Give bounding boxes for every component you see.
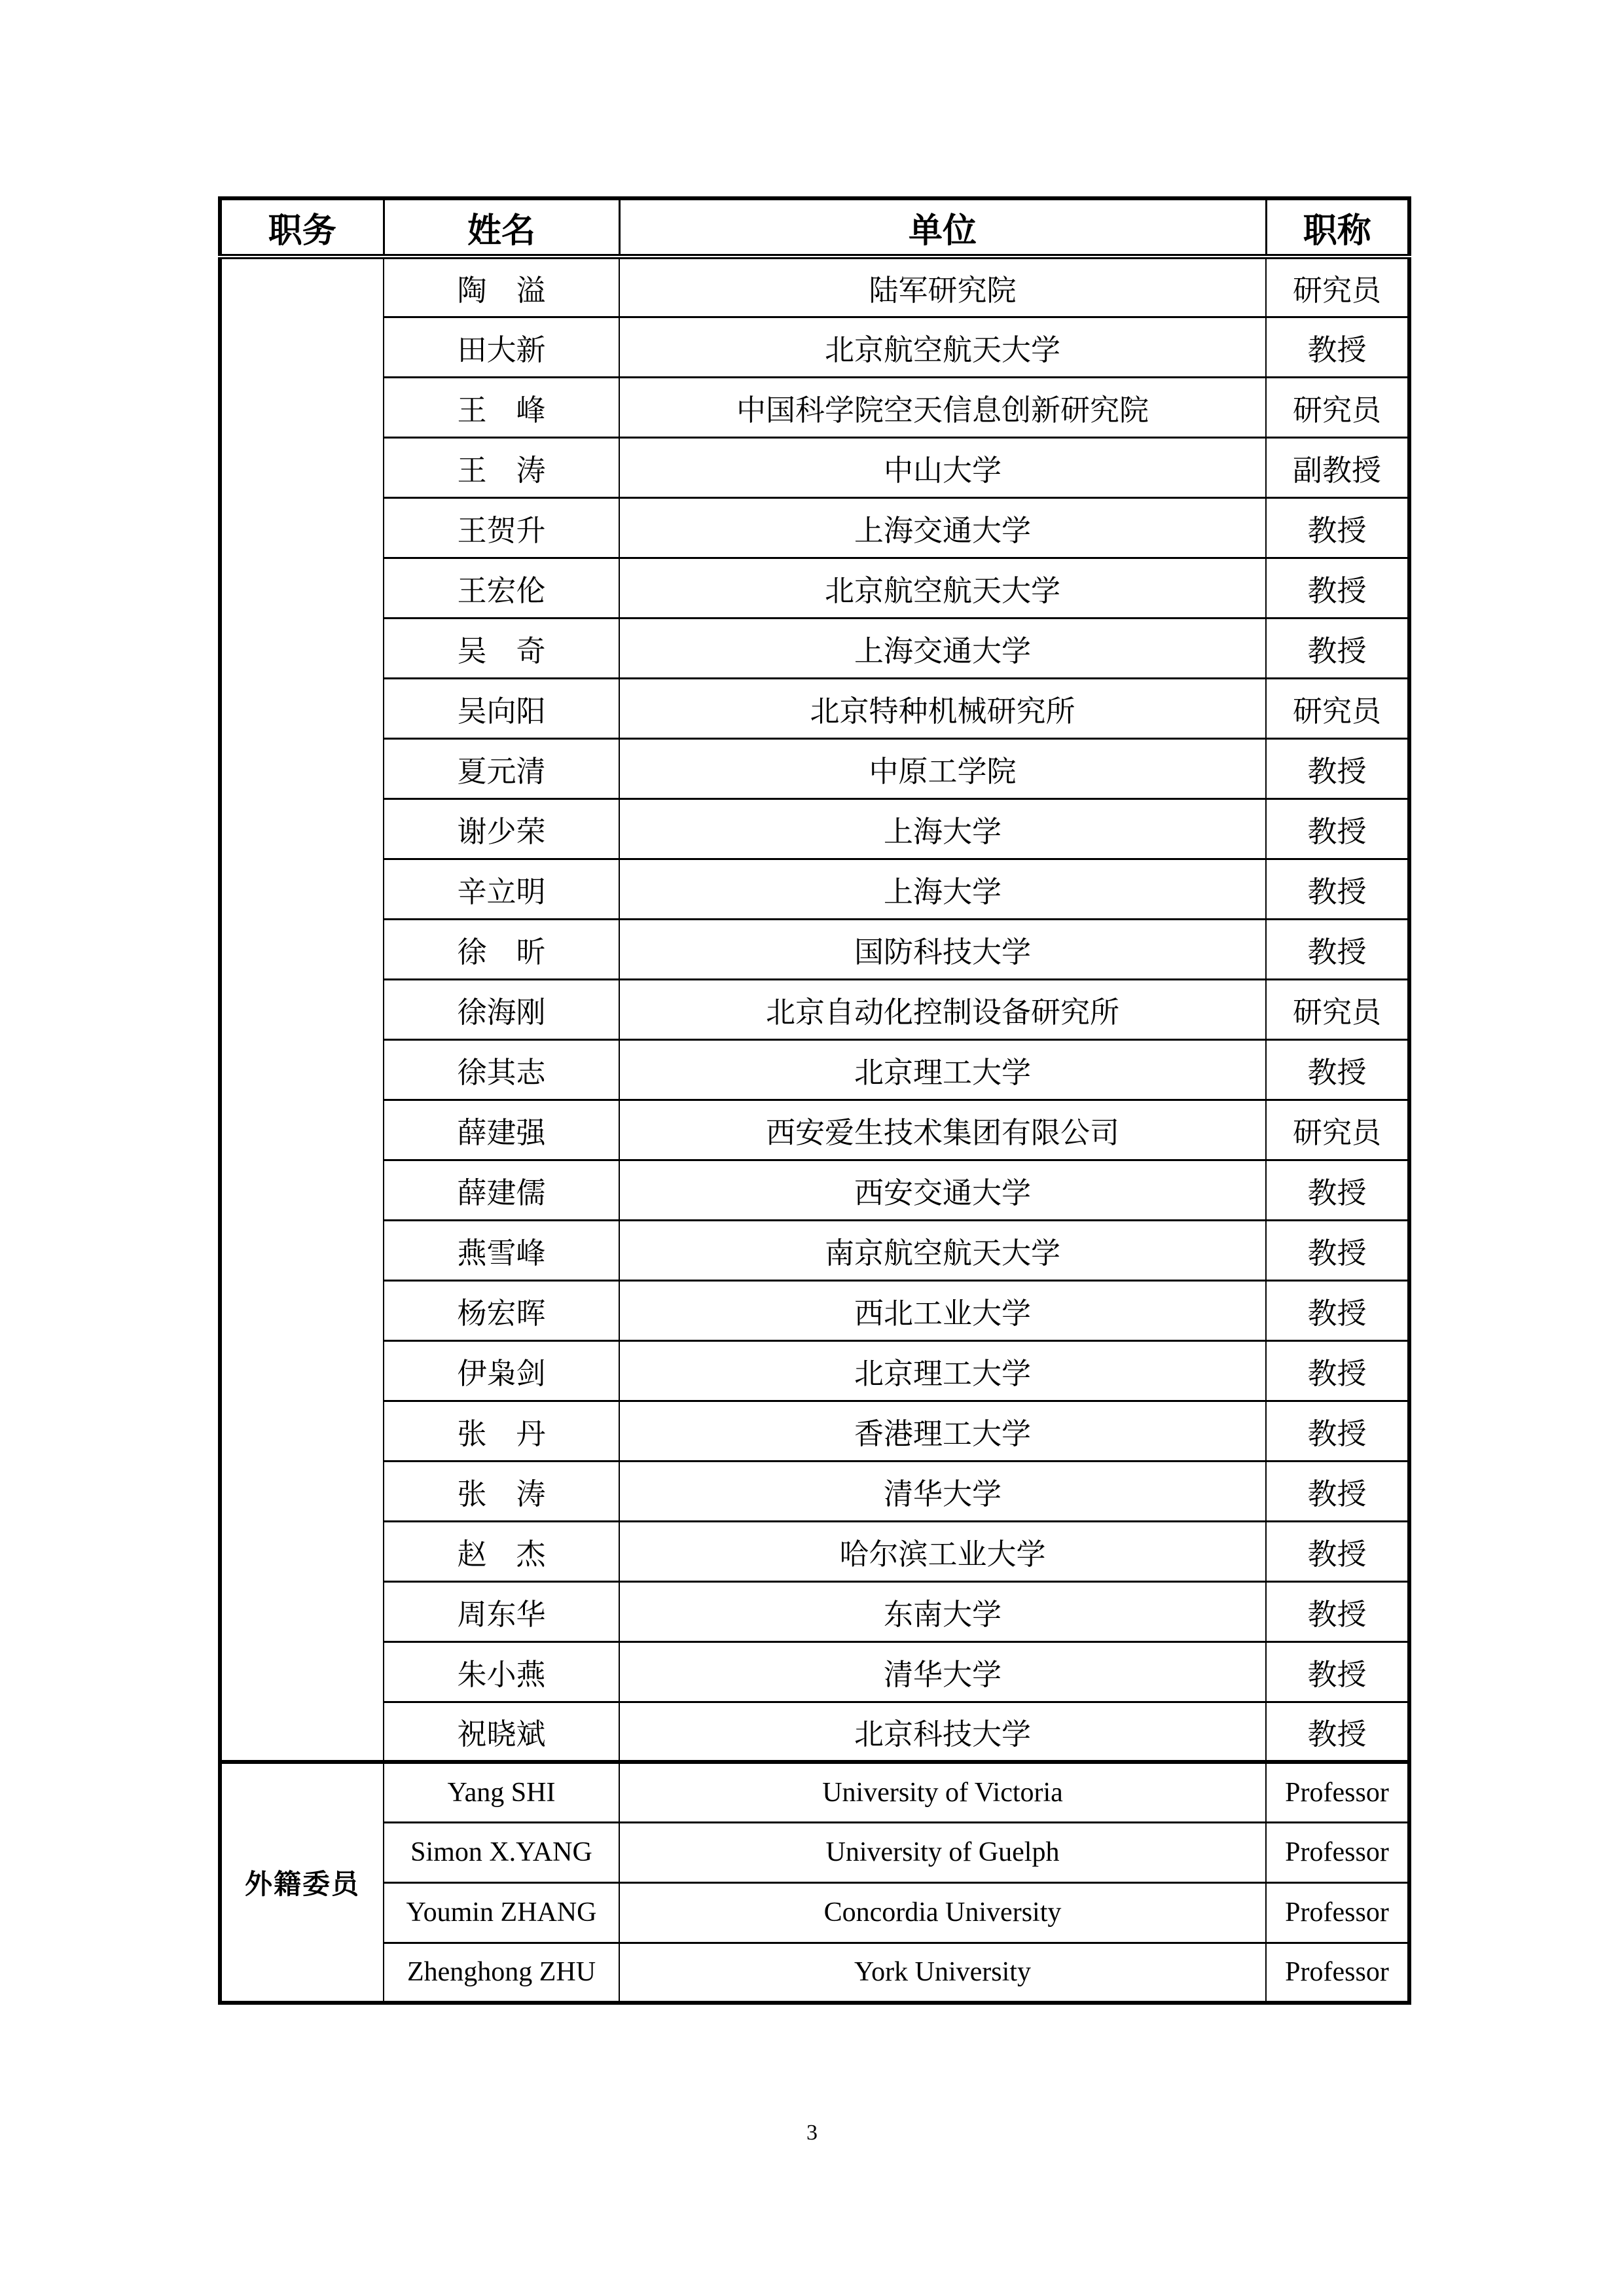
table-row: 田大新北京航空航天大学教授: [220, 317, 1409, 377]
member-title-cell: 教授: [1266, 1039, 1409, 1100]
table-row: Youmin ZHANGConcordia UniversityProfesso…: [220, 1882, 1409, 1943]
table-row: 张 丹香港理工大学教授: [220, 1401, 1409, 1461]
member-org-cell: 西北工业大学: [619, 1280, 1266, 1340]
member-title-cell: Professor: [1266, 1762, 1409, 1822]
table-row: 徐 昕国防科技大学教授: [220, 919, 1409, 979]
member-name-cell: 田大新: [384, 317, 619, 377]
table-row: 薛建儒西安交通大学教授: [220, 1160, 1409, 1220]
member-name-cell: 朱小燕: [384, 1641, 619, 1702]
member-name-cell: 王 涛: [384, 437, 619, 497]
table-row: 杨宏晖西北工业大学教授: [220, 1280, 1409, 1340]
member-name-cell: 薛建儒: [384, 1160, 619, 1220]
member-title-cell: 教授: [1266, 1280, 1409, 1340]
member-title-cell: 教授: [1266, 919, 1409, 979]
member-title-cell: 教授: [1266, 1461, 1409, 1521]
table-row: 王贺升上海交通大学教授: [220, 497, 1409, 558]
member-name-cell: 徐海刚: [384, 979, 619, 1039]
table-row: 谢少荣上海大学教授: [220, 798, 1409, 859]
member-title-cell: 研究员: [1266, 678, 1409, 738]
member-org-cell: 西安爱生技术集团有限公司: [619, 1100, 1266, 1160]
member-name-cell: 赵 杰: [384, 1521, 619, 1581]
member-org-cell: 北京航空航天大学: [619, 558, 1266, 618]
member-org-cell: University of Victoria: [619, 1762, 1266, 1822]
member-name-cell: 吴向阳: [384, 678, 619, 738]
member-org-cell: 上海交通大学: [619, 497, 1266, 558]
member-name-cell: 张 涛: [384, 1461, 619, 1521]
member-org-cell: 上海大学: [619, 859, 1266, 919]
member-name-cell: 徐 昕: [384, 919, 619, 979]
table-row: 朱小燕清华大学教授: [220, 1641, 1409, 1702]
table-row: Zhenghong ZHUYork UniversityProfessor: [220, 1943, 1409, 2003]
member-org-cell: 国防科技大学: [619, 919, 1266, 979]
table-row: 祝晓斌北京科技大学教授: [220, 1702, 1409, 1762]
member-org-cell: 东南大学: [619, 1581, 1266, 1641]
member-title-cell: 教授: [1266, 738, 1409, 798]
member-name-cell: 祝晓斌: [384, 1702, 619, 1762]
member-title-cell: 教授: [1266, 1401, 1409, 1461]
group-label-domestic: [220, 257, 384, 1762]
member-title-cell: 研究员: [1266, 1100, 1409, 1160]
member-name-cell: Youmin ZHANG: [384, 1882, 619, 1943]
member-name-cell: 徐其志: [384, 1039, 619, 1100]
member-org-cell: University of Guelph: [619, 1822, 1266, 1882]
table-row: 燕雪峰南京航空航天大学教授: [220, 1220, 1409, 1280]
member-name-cell: 王宏伦: [384, 558, 619, 618]
member-name-cell: 王贺升: [384, 497, 619, 558]
member-title-cell: 教授: [1266, 798, 1409, 859]
header-name: 姓名: [384, 198, 619, 257]
member-org-cell: 哈尔滨工业大学: [619, 1521, 1266, 1581]
table-row: 王 涛中山大学副教授: [220, 437, 1409, 497]
member-name-cell: 周东华: [384, 1581, 619, 1641]
member-org-cell: 香港理工大学: [619, 1401, 1266, 1461]
table-body: 陶 溢陆军研究院研究员田大新北京航空航天大学教授王 峰中国科学院空天信息创新研究…: [220, 257, 1409, 2003]
member-org-cell: 清华大学: [619, 1641, 1266, 1702]
member-name-cell: 张 丹: [384, 1401, 619, 1461]
member-name-cell: 燕雪峰: [384, 1220, 619, 1280]
member-name-cell: 陶 溢: [384, 257, 619, 317]
table-header-row: 职务 姓名 单位 职称: [220, 198, 1409, 257]
member-org-cell: 北京自动化控制设备研究所: [619, 979, 1266, 1039]
member-name-cell: 夏元清: [384, 738, 619, 798]
member-org-cell: Concordia University: [619, 1882, 1266, 1943]
member-name-cell: Simon X.YANG: [384, 1822, 619, 1882]
table-row: 吴 奇上海交通大学教授: [220, 618, 1409, 678]
member-title-cell: Professor: [1266, 1882, 1409, 1943]
table-row: 吴向阳北京特种机械研究所研究员: [220, 678, 1409, 738]
member-name-cell: 吴 奇: [384, 618, 619, 678]
table-row: 陶 溢陆军研究院研究员: [220, 257, 1409, 317]
member-title-cell: 副教授: [1266, 437, 1409, 497]
member-name-cell: 薛建强: [384, 1100, 619, 1160]
member-org-cell: 南京航空航天大学: [619, 1220, 1266, 1280]
table-row: 王宏伦北京航空航天大学教授: [220, 558, 1409, 618]
member-org-cell: 北京理工大学: [619, 1340, 1266, 1401]
table-row: 张 涛清华大学教授: [220, 1461, 1409, 1521]
table-row: 徐海刚北京自动化控制设备研究所研究员: [220, 979, 1409, 1039]
member-title-cell: 教授: [1266, 558, 1409, 618]
member-org-cell: 上海交通大学: [619, 618, 1266, 678]
member-title-cell: 教授: [1266, 1220, 1409, 1280]
member-title-cell: 教授: [1266, 1581, 1409, 1641]
member-name-cell: 伊枭剑: [384, 1340, 619, 1401]
member-title-cell: 教授: [1266, 1521, 1409, 1581]
member-org-cell: 清华大学: [619, 1461, 1266, 1521]
member-title-cell: Professor: [1266, 1943, 1409, 2003]
committee-table: 职务 姓名 单位 职称 陶 溢陆军研究院研究员田大新北京航空航天大学教授王 峰中…: [218, 196, 1411, 2005]
header-title: 职称: [1266, 198, 1409, 257]
table-row: 外籍委员Yang SHIUniversity of VictoriaProfes…: [220, 1762, 1409, 1822]
member-name-cell: 谢少荣: [384, 798, 619, 859]
table-row: 王 峰中国科学院空天信息创新研究院研究员: [220, 377, 1409, 437]
member-org-cell: 中山大学: [619, 437, 1266, 497]
member-title-cell: 教授: [1266, 859, 1409, 919]
member-title-cell: 研究员: [1266, 257, 1409, 317]
member-org-cell: 北京理工大学: [619, 1039, 1266, 1100]
member-title-cell: 教授: [1266, 1340, 1409, 1401]
member-org-cell: York University: [619, 1943, 1266, 2003]
table-row: 辛立明上海大学教授: [220, 859, 1409, 919]
member-name-cell: 辛立明: [384, 859, 619, 919]
member-title-cell: 研究员: [1266, 979, 1409, 1039]
member-title-cell: 教授: [1266, 618, 1409, 678]
member-title-cell: Professor: [1266, 1822, 1409, 1882]
member-org-cell: 陆军研究院: [619, 257, 1266, 317]
table-row: 赵 杰哈尔滨工业大学教授: [220, 1521, 1409, 1581]
table-row: 周东华东南大学教授: [220, 1581, 1409, 1641]
table-row: 薛建强西安爱生技术集团有限公司研究员: [220, 1100, 1409, 1160]
table-row: 伊枭剑北京理工大学教授: [220, 1340, 1409, 1401]
member-org-cell: 上海大学: [619, 798, 1266, 859]
member-org-cell: 中原工学院: [619, 738, 1266, 798]
member-name-cell: Yang SHI: [384, 1762, 619, 1822]
member-title-cell: 教授: [1266, 317, 1409, 377]
member-name-cell: 王 峰: [384, 377, 619, 437]
member-title-cell: 教授: [1266, 1641, 1409, 1702]
member-title-cell: 教授: [1266, 497, 1409, 558]
member-name-cell: Zhenghong ZHU: [384, 1943, 619, 2003]
member-title-cell: 研究员: [1266, 377, 1409, 437]
document-page: 职务 姓名 单位 职称 陶 溢陆军研究院研究员田大新北京航空航天大学教授王 峰中…: [0, 0, 1624, 2296]
member-org-cell: 北京特种机械研究所: [619, 678, 1266, 738]
header-position: 职务: [220, 198, 384, 257]
member-org-cell: 西安交通大学: [619, 1160, 1266, 1220]
page-number: 3: [0, 2121, 1624, 2145]
table-row: 徐其志北京理工大学教授: [220, 1039, 1409, 1100]
table-row: 夏元清中原工学院教授: [220, 738, 1409, 798]
member-org-cell: 北京科技大学: [619, 1702, 1266, 1762]
table-row: Simon X.YANGUniversity of GuelphProfesso…: [220, 1822, 1409, 1882]
member-name-cell: 杨宏晖: [384, 1280, 619, 1340]
member-title-cell: 教授: [1266, 1160, 1409, 1220]
member-title-cell: 教授: [1266, 1702, 1409, 1762]
group-label-foreign: 外籍委员: [220, 1762, 384, 2003]
member-org-cell: 北京航空航天大学: [619, 317, 1266, 377]
header-organization: 单位: [619, 198, 1266, 257]
member-org-cell: 中国科学院空天信息创新研究院: [619, 377, 1266, 437]
